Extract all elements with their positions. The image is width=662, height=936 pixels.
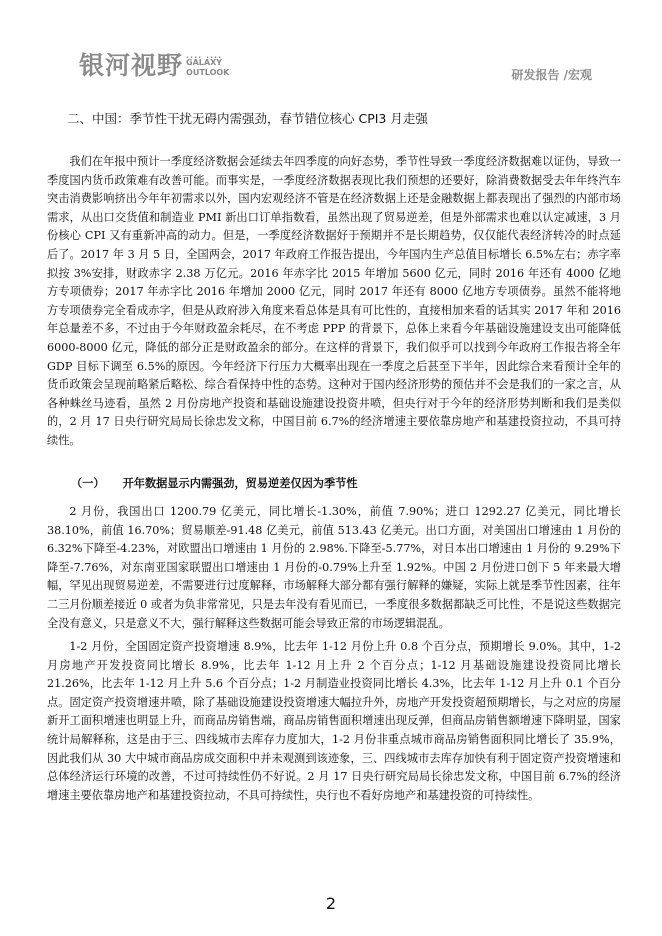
subsection-heading: （一）开年数据显示内需强劲，贸易逆差仅因为季节性 xyxy=(71,475,358,491)
body-paragraph-2: 2 月份，我国出口 1200.79 亿美元，同比增长-1.30%，前值 7.90… xyxy=(47,503,621,633)
section-title: 二、中国：季节性干扰无碍内需强劲，春节错位核心 CPI3 月走强 xyxy=(67,109,428,127)
subsection-title: 开年数据显示内需强劲，贸易逆差仅因为季节性 xyxy=(123,477,358,490)
subsection-number: （一） xyxy=(71,477,105,490)
logo-en-line2: OUTLOOK xyxy=(186,68,229,78)
body-paragraph-1: 我们在年报中预计一季度经济数据会延续去年四季度的向好态势，季节性导致一季度经济数… xyxy=(47,153,621,451)
report-type-label: 研发报告 /宏观 xyxy=(511,66,592,83)
body-paragraph-3: 1-2 月份，全国固定资产投资增速 8.9%，比去年 1-12 月份上升 0.8… xyxy=(47,638,621,805)
logo-english-text: ···· ···· GALAXY OUTLOOK xyxy=(186,58,229,78)
logo-chinese-text: 银河视野 xyxy=(79,52,183,80)
page-header: 银河视野 ···· ···· GALAXY OUTLOOK 研发报告 /宏观 xyxy=(0,0,662,100)
page-number: 2 xyxy=(0,894,662,913)
galaxy-outlook-logo: 银河视野 ···· ···· GALAXY OUTLOOK xyxy=(79,52,229,80)
logo-dots-decoration: ···· ···· xyxy=(186,53,222,63)
